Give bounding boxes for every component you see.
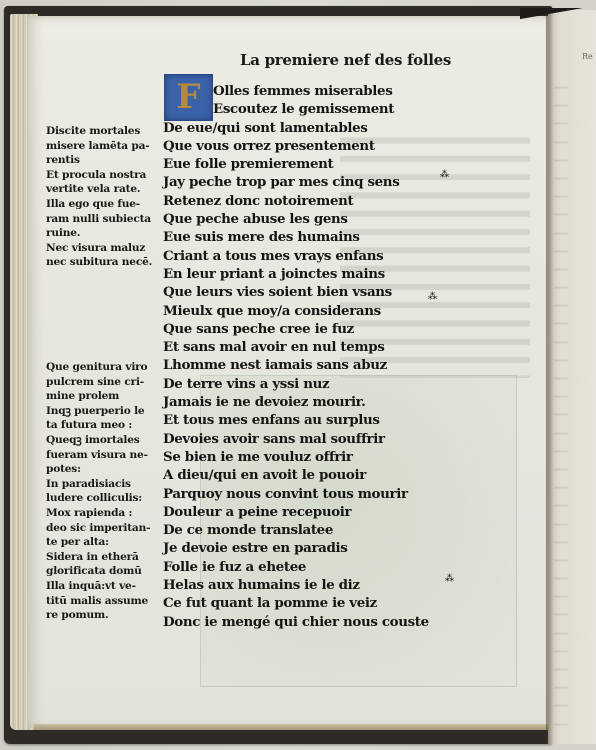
facing-line: …… [554,446,596,456]
facing-line: …… [554,700,596,710]
verse-line: Que vous orrez presentement [163,137,493,155]
verse-line: Devoies avoir sans mal souffrir [163,430,493,448]
verse-line: De eue/qui sont lamentables [163,119,493,137]
spine-shadow [546,8,554,744]
verse-line: Douleur a peine recepuoir [163,503,493,521]
verse-line: Que peche abuse les gens [163,210,493,228]
verse-line: Helas aux humains ie le diz [163,576,493,594]
marginal-line: fueram visura ne- [46,448,164,463]
marginal-line: potes: [46,462,164,477]
verse-line: Olles femmes miserables [163,82,493,100]
running-title: La premiere nef des folles [240,51,451,69]
page-bottom-edge [34,724,552,730]
facing-line: …… [554,664,596,674]
marginal-line: Mox rapienda : [46,506,164,521]
verse-line: Lhomme nest iamais sans abuz [163,356,493,374]
facing-line: …… [554,228,596,238]
facing-page: Re Eue …… …… …… …… …… …… …… …… …… …… …… … [548,10,596,744]
marginal-note-block-2: Que genitura viro pulcrem sine cri- mine… [46,360,164,623]
marginal-line: ram nulli subiecta [46,212,164,227]
marginal-line: titū malis assume [46,594,164,609]
marginal-line: Nec visura maluz [46,241,164,256]
verse-line: Je devoie estre en paradis [163,539,493,557]
marginal-line: In paradisiacis [46,477,164,492]
marginal-line: pulcrem sine cri- [46,375,164,390]
verse-line: Se bien ie me vouluz offrir [163,448,493,466]
marginal-line: Inqꝫ puerperio le [46,404,164,419]
facing-line: …… [554,282,596,292]
facing-line: …… [554,100,596,110]
marginal-line: Sidera in etherā [46,550,164,565]
facing-line: …… [554,391,596,401]
facing-line: …… [554,409,596,419]
verse-line: Folle ie fuz a ehetee [163,558,493,576]
marginal-line: Illa ego que fue- [46,197,164,212]
verse-line: De terre vins a yssi nuz [163,375,493,393]
facing-line: …… [554,719,596,729]
facing-line: …… [554,209,596,219]
marginal-line: vertite vela rate. [46,182,164,197]
facing-line: …… [554,118,596,128]
marginal-line: ta futura meo : [46,418,164,433]
marginal-line: Que genitura viro [46,360,164,375]
facing-line: …… [554,355,596,365]
verse-line: Retenez donc notoirement [163,192,493,210]
facing-line: …… [554,82,596,92]
verse-line: A dieu/qui en avoit le pouoir [163,466,493,484]
facing-line: …… [554,537,596,547]
facing-line: …… [554,264,596,274]
ornament-dots-icon: ⁂ [445,574,452,584]
facing-line: …… [554,246,596,256]
marginal-line: misere lamēta pa- [46,139,164,154]
verse-line: Et sans mal avoir en nul temps [163,338,493,356]
marginal-line: glorificata domū [46,564,164,579]
facing-line: …… [554,428,596,438]
marginal-line: Illa inquā:vt ve- [46,579,164,594]
marginal-line: ruine. [46,226,164,241]
marginal-line: ludere colliculis: [46,491,164,506]
ornament-dots-icon: ⁂ [440,170,447,180]
facing-line: …… [554,682,596,692]
verse-line: Ce fut quant la pomme ie veiz [163,594,493,612]
facing-line: …… [554,173,596,183]
ornament-dots-icon: ⁂ [428,292,435,302]
facing-line: …… [554,482,596,492]
verse-line: Que sans peche cree ie fuz [163,320,493,338]
verse-line: Parquoy nous convint tous mourir [163,485,493,503]
marginal-line: Queqꝫ imortales [46,433,164,448]
facing-line: …… [554,555,596,565]
marginal-line: re pomum. [46,608,164,623]
facing-line: …… [554,646,596,656]
facing-line: …… [554,137,596,147]
facing-page-text: …… …… …… …… …… …… …… …… …… …… …… …… …… …… [554,82,596,737]
facing-line: …… [554,191,596,201]
facing-line: …… [554,464,596,474]
verse-line: Criant a tous mes vrays enfans [163,247,493,265]
marginal-line: deo sic imperitan- [46,521,164,536]
marginal-line: Et procula nostra [46,168,164,183]
facing-line: …… [554,519,596,529]
marginal-line: te per alta: [46,535,164,550]
facing-line: …… [554,591,596,601]
verse-line: Escoutez le gemissement [163,100,493,118]
verse-line: Jamais ie ne devoiez mourir. [163,393,493,411]
marginal-line: nec subitura necē. [46,255,164,270]
verse-line: Donc ie mengé qui chier nous couste [163,613,493,631]
verse-line: De ce monde translatee [163,521,493,539]
facing-page-header: Re Eue [582,52,596,61]
facing-line: …… [554,373,596,383]
marginal-line: mine prolem [46,389,164,404]
cover-corner [520,8,596,22]
facing-line: …… [554,300,596,310]
marginal-note-block-1: Discite mortales misere lamēta pa- renti… [46,124,164,270]
marginal-line: rentis [46,153,164,168]
verse-line: En leur priant a joinctes mains [163,265,493,283]
verse-line: Mieulx que moy/a considerans [163,302,493,320]
verse-column: Olles femmes miserables Escoutez le gemi… [163,82,493,631]
facing-line: …… [554,337,596,347]
facing-line: …… [554,573,596,583]
facing-line: …… [554,500,596,510]
marginal-line: Discite mortales [46,124,164,139]
facing-line: …… [554,155,596,165]
facing-line: …… [554,628,596,638]
facing-line: …… [554,318,596,328]
verse-line: Et tous mes enfans au surplus [163,411,493,429]
verse-line: Que leurs vies soient bien vsans [163,283,493,301]
facing-line: …… [554,609,596,619]
verse-line: Eue suis mere des humains [163,228,493,246]
